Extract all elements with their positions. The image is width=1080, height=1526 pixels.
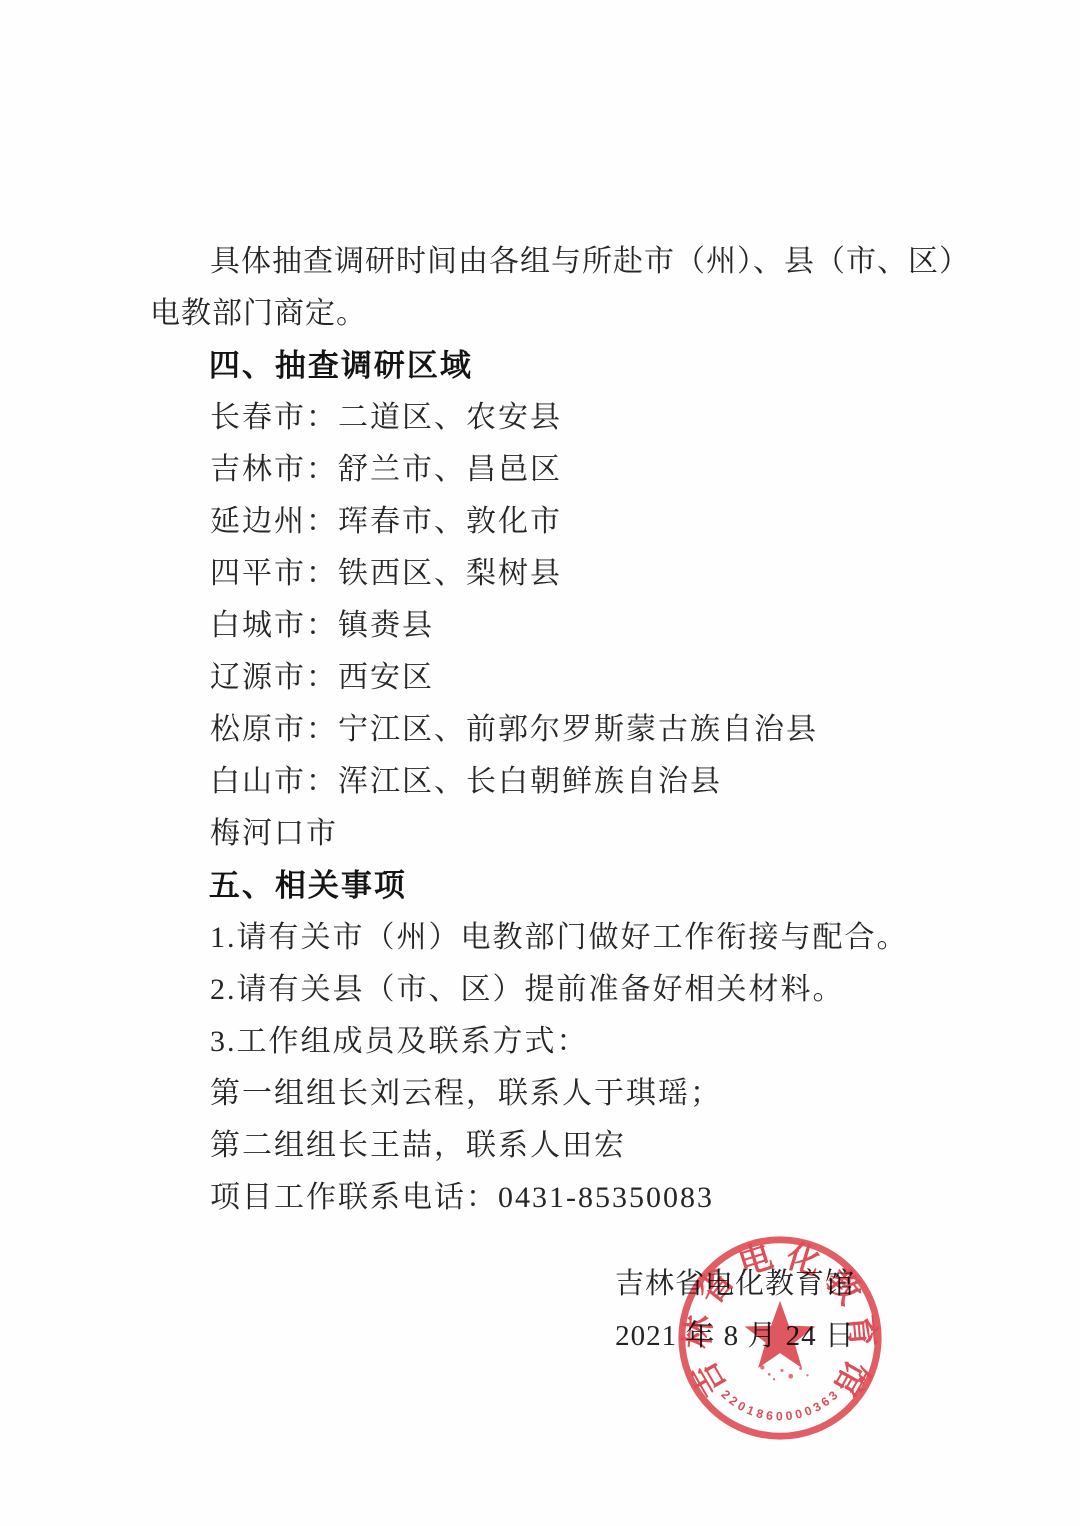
section5-heading: 五、相关事项 (150, 860, 992, 912)
region-line: 四平市：铁西区、梨树县 (150, 548, 992, 600)
note-line: 第一组组长刘云程，联系人于琪瑶； (150, 1068, 992, 1120)
region-line: 白山市：浑江区、长白朝鲜族自治县 (150, 756, 992, 808)
note-line: 2.请有关县（市、区）提前准备好相关材料。 (150, 964, 992, 1016)
region-line: 辽源市：西安区 (150, 652, 992, 704)
region-line: 白城市：镇赉县 (150, 600, 992, 652)
document-body: 具体抽查调研时间由各组与所赴市（州）、县（市、区）电教部门商定。 四、抽查调研区… (150, 236, 992, 1224)
seal-serial-number: 2201860000363 (718, 1387, 841, 1423)
signature-block: 吉林省电化教育馆 2021 年 8 月 24 日 (555, 1258, 915, 1362)
signature-date: 2021 年 8 月 24 日 (555, 1310, 915, 1362)
region-line: 梅河口市 (150, 808, 992, 860)
note-line: 第二组组长王喆，联系人田宏 (150, 1120, 992, 1172)
document-page: 具体抽查调研时间由各组与所赴市（州）、县（市、区）电教部门商定。 四、抽查调研区… (0, 0, 1080, 1526)
region-line: 吉林市：舒兰市、昌邑区 (150, 444, 992, 496)
note-line: 3.工作组成员及联系方式： (150, 1016, 992, 1068)
section4-heading: 四、抽查调研区域 (150, 340, 992, 392)
region-line: 长春市：二道区、农安县 (150, 392, 992, 444)
note-line: 1.请有关市（州）电教部门做好工作衔接与配合。 (150, 912, 992, 964)
signature-org: 吉林省电化教育馆 (555, 1258, 915, 1310)
intro-paragraph: 具体抽查调研时间由各组与所赴市（州）、县（市、区）电教部门商定。 (150, 236, 992, 340)
note-line: 项目工作联系电话：0431-85350083 (150, 1172, 992, 1224)
region-line: 延边州：珲春市、敦化市 (150, 496, 992, 548)
seal-ink-speckles (760, 1360, 809, 1380)
region-line: 松原市：宁江区、前郭尔罗斯蒙古族自治县 (150, 704, 992, 756)
